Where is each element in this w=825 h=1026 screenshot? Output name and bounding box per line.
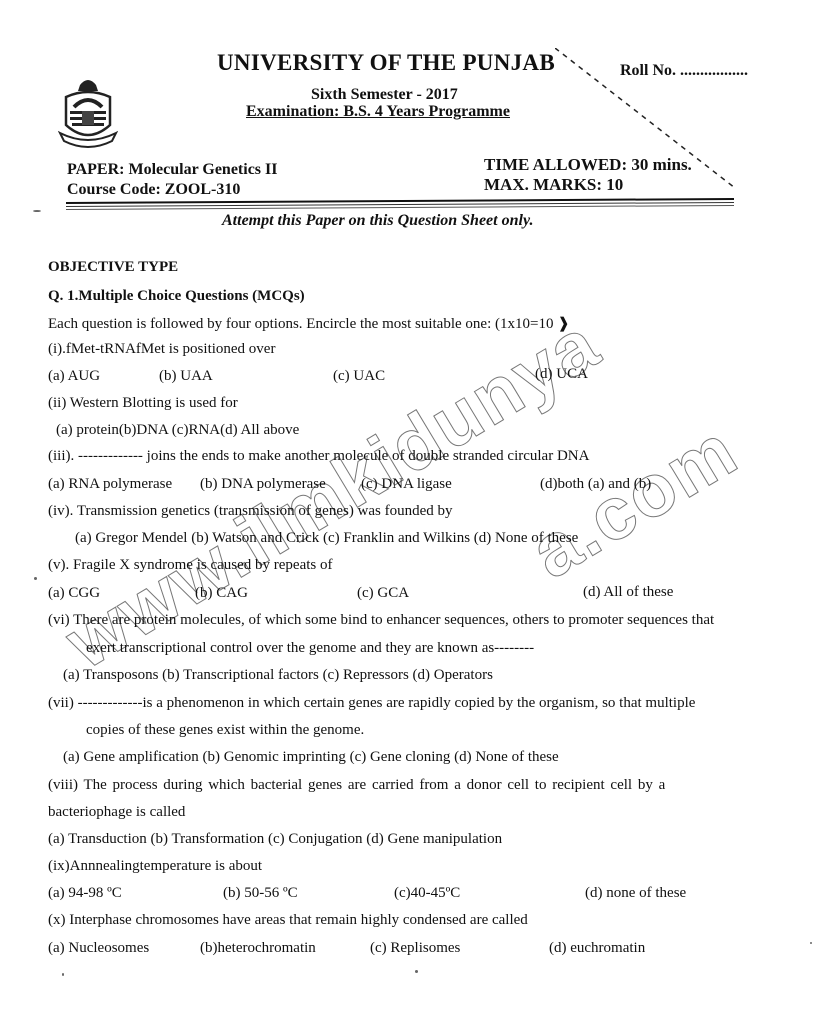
question-stem: (vi) There are protein molecules, of whi…: [48, 612, 714, 629]
options-line[interactable]: (a) Transposons (b) Transcriptional fact…: [63, 667, 493, 684]
question-stem: (vii) -------------is a phenomenon in wh…: [48, 695, 695, 712]
watermark-text-end: a.com: [516, 407, 752, 595]
university-crest-icon: [58, 75, 118, 155]
university-title: UNIVERSITY OF THE PUNJAB: [217, 50, 555, 76]
option[interactable]: (d)both (a) and (b): [540, 476, 651, 493]
scan-speck: [810, 942, 812, 944]
option[interactable]: (b) CAG: [195, 585, 248, 602]
option[interactable]: (b) 50-56 ºC: [223, 885, 298, 902]
paper-title: PAPER: Molecular Genetics II: [67, 161, 277, 179]
examination-label: Examination: B.S. 4 Years Programme: [246, 103, 510, 121]
question-stem: (iv). Transmission genetics (transmissio…: [48, 503, 453, 520]
option[interactable]: (d) All of these: [583, 584, 673, 601]
question-stem-continued: copies of these genes exist within the g…: [86, 722, 364, 739]
mcq-instruction: Each question is followed by four option…: [48, 314, 570, 333]
question-stem: (ix)Annnealingtemperature is about: [48, 858, 262, 875]
option[interactable]: (c) Replisomes: [370, 940, 460, 957]
max-marks: MAX. MARKS: 10: [484, 175, 623, 195]
question-stem: (x) Interphase chromosomes have areas th…: [48, 912, 528, 929]
question-stem: (v). Fragile X syndrome is caused by rep…: [48, 557, 333, 574]
section-title: OBJECTIVE TYPE: [48, 259, 178, 276]
option[interactable]: (d) euchromatin: [549, 940, 645, 957]
options-line[interactable]: (a) Gene amplification (b) Genomic impri…: [63, 749, 559, 766]
options-line[interactable]: (a) protein(b)DNA (c)RNA(d) All above: [56, 422, 299, 439]
time-allowed: TIME ALLOWED: 30 mins.: [484, 155, 692, 175]
option[interactable]: (b) DNA polymerase: [200, 476, 326, 493]
option[interactable]: (a) AUG: [48, 368, 100, 385]
scan-speck: [33, 210, 41, 212]
semester-label: Sixth Semester - 2017: [311, 86, 458, 104]
scan-speck: [415, 970, 418, 973]
options-line[interactable]: (a) Gregor Mendel (b) Watson and Crick (…: [75, 530, 578, 547]
option[interactable]: (c)40-45ºC: [394, 885, 460, 902]
instruction-text: Attempt this Paper on this Question Shee…: [222, 212, 533, 230]
question-stem: (i).fMet-tRNAfMet is positioned over: [48, 341, 275, 358]
option[interactable]: (d) UCA: [535, 366, 588, 383]
question-stem-continued: bacteriophage is called: [48, 804, 185, 821]
options-line[interactable]: (a) Transduction (b) Transformation (c) …: [48, 831, 502, 848]
course-code: Course Code: ZOOL-310: [67, 181, 240, 199]
option[interactable]: (a) Nucleosomes: [48, 940, 149, 957]
option[interactable]: (b)heterochromatin: [200, 940, 316, 957]
question-stem: (ii) Western Blotting is used for: [48, 395, 238, 412]
option[interactable]: (c) UAC: [333, 368, 385, 385]
option[interactable]: (c) DNA ligase: [361, 476, 452, 493]
scan-speck: [34, 577, 37, 580]
question-stem-continued: exert transcriptional control over the g…: [86, 640, 534, 657]
question-stem: (iii). ------------- joins the ends to m…: [48, 448, 589, 465]
option[interactable]: (c) GCA: [357, 585, 409, 602]
option[interactable]: (a) RNA polymerase: [48, 476, 172, 493]
option[interactable]: (a) 94-98 ºC: [48, 885, 122, 902]
option[interactable]: (a) CGG: [48, 585, 100, 602]
question-stem: (viii) The process during which bacteria…: [48, 777, 665, 794]
option[interactable]: (d) none of these: [585, 885, 686, 902]
question-heading: Q. 1.Multiple Choice Questions (MCQs): [48, 288, 305, 305]
scan-speck: [62, 973, 64, 976]
option[interactable]: (b) UAA: [159, 368, 213, 385]
